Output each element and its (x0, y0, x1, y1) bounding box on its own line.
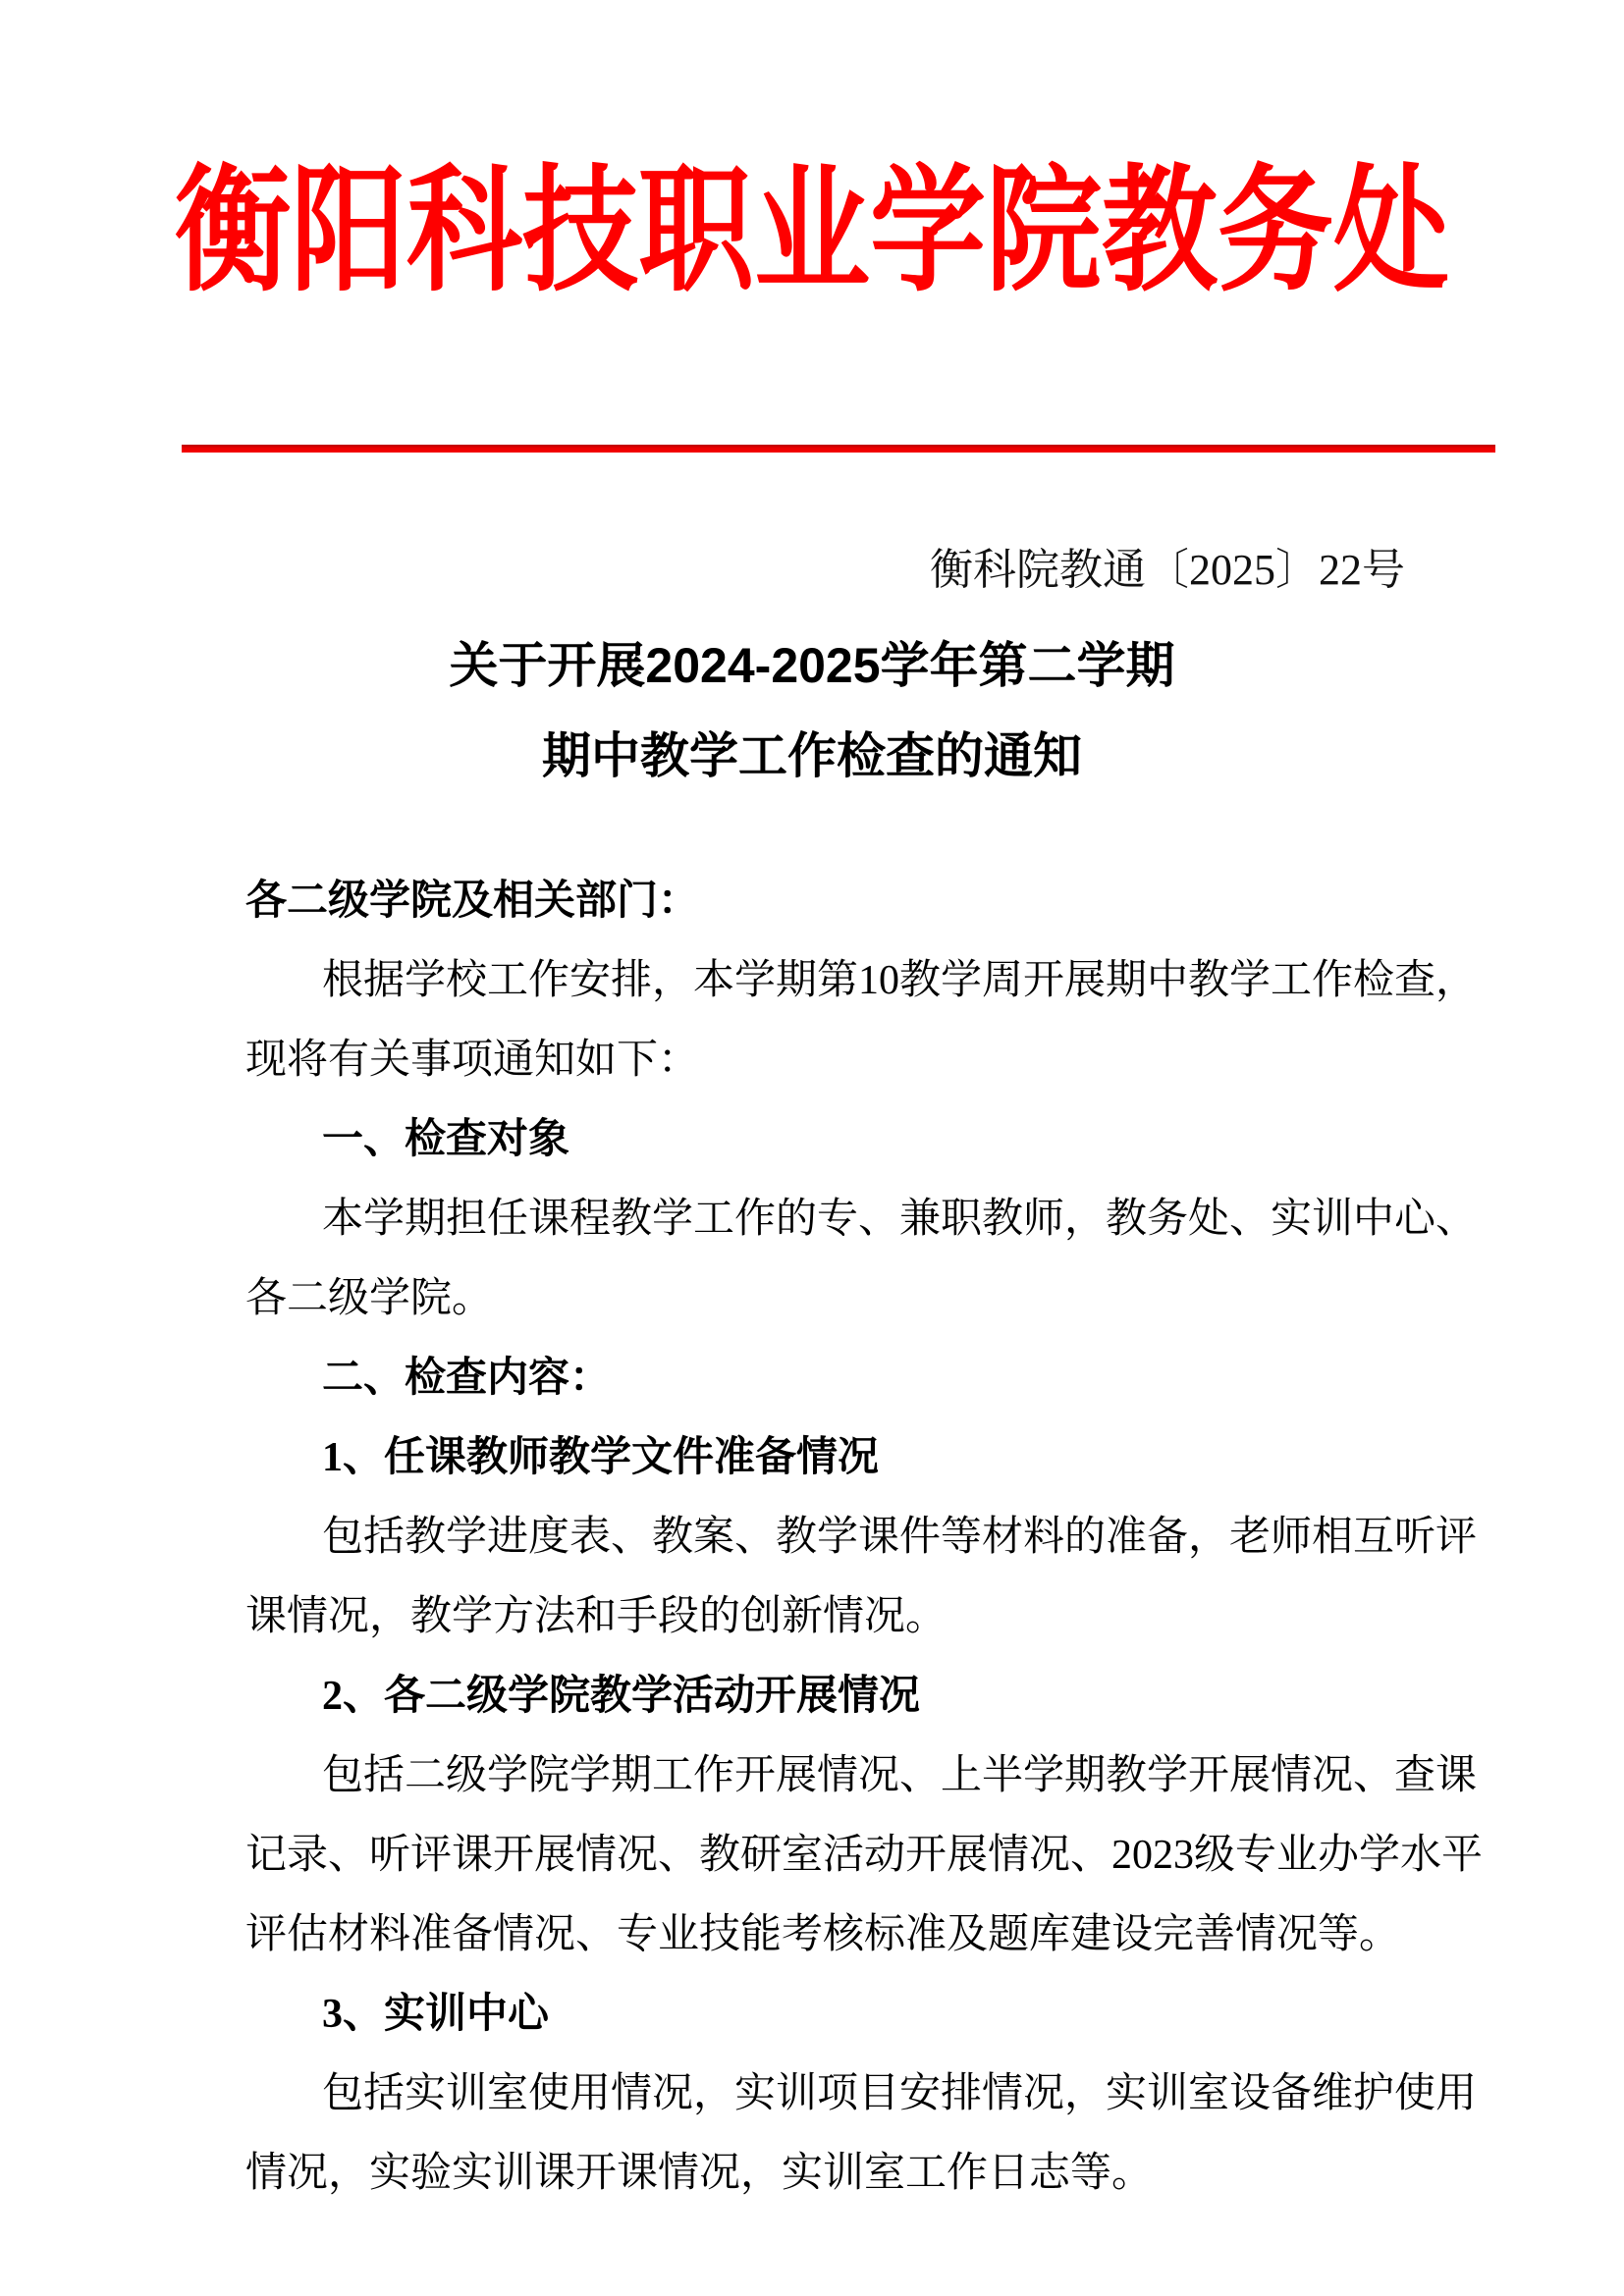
body-line: 包括二级学院学期工作开展情况、上半学期教学开展情况、查课 (245, 1736, 1473, 1816)
notice-title: 关于开展2024-2025学年第二学期 期中教学工作检查的通知 (0, 620, 1624, 801)
body-heading-item1: 1、任课教师教学文件准备情况 (245, 1418, 1473, 1498)
document-page: 衡阳科技职业学院教务处 衡科院教通〔2025〕22号 关于开展2024-2025… (0, 0, 1624, 2296)
body-line: 本学期担任课程教学工作的专、兼职教师，教务处、实训中心、 (245, 1180, 1473, 1259)
body-heading-item3: 3、实训中心 (245, 1975, 1473, 2055)
notice-title-line2: 期中教学工作检查的通知 (0, 711, 1624, 801)
body-line: 评估材料准备情况、专业技能考核标准及题库建设完善情况等。 (245, 1896, 1473, 1975)
letterhead-office-name: 衡阳科技职业学院教务处 (0, 143, 1624, 321)
body-line: 情况，实验实训课开课情况，实训室工作日志等。 (245, 2134, 1473, 2214)
body-heading-item2: 2、各二级学院教学活动开展情况 (245, 1657, 1473, 1736)
body-line-salutation: 各二级学院及相关部门： (245, 862, 1473, 941)
body-line: 包括教学进度表、教案、教学课件等材料的准备，老师相互听评 (245, 1498, 1473, 1577)
document-number: 衡科院教通〔2025〕22号 (0, 546, 1624, 596)
body-line: 现将有关事项通知如下： (245, 1021, 1473, 1100)
notice-title-line1: 关于开展2024-2025学年第二学期 (0, 620, 1624, 711)
body-line: 根据学校工作安排，本学期第10教学周开展期中教学工作检查， (245, 941, 1473, 1021)
letterhead-divider-line (182, 445, 1495, 453)
notice-body: 各二级学院及相关部门： 根据学校工作安排，本学期第10教学周开展期中教学工作检查… (245, 862, 1473, 2214)
body-line: 包括实训室使用情况，实训项目安排情况，实训室设备维护使用 (245, 2055, 1473, 2134)
body-line: 课情况，教学方法和手段的创新情况。 (245, 1577, 1473, 1657)
body-heading-section1: 一、检查对象 (245, 1100, 1473, 1180)
body-heading-section2: 二、检查内容： (245, 1339, 1473, 1418)
body-line: 各二级学院。 (245, 1259, 1473, 1339)
body-line: 记录、听评课开展情况、教研室活动开展情况、2023级专业办学水平 (245, 1816, 1473, 1896)
